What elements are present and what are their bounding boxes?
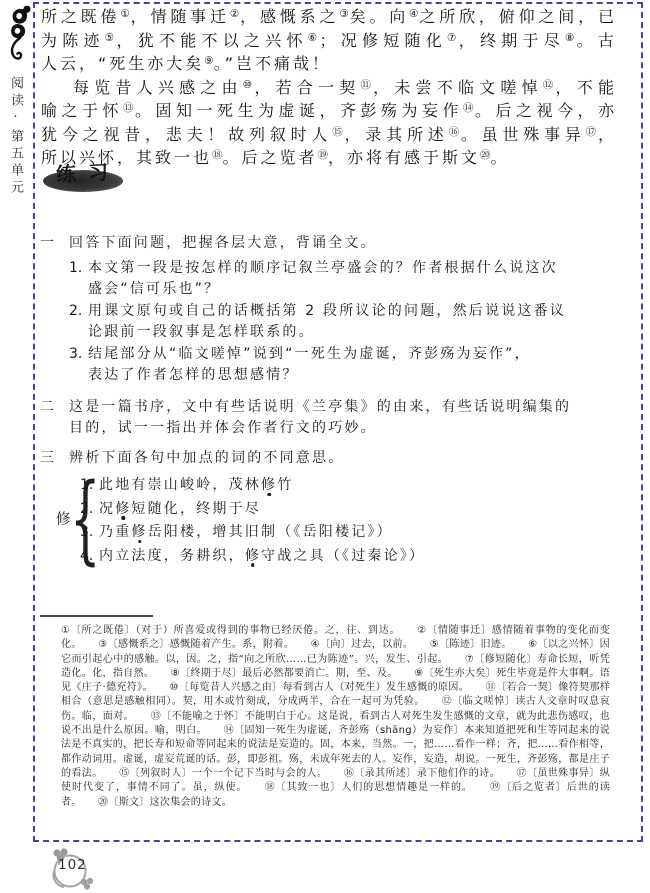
item-number: 4. — [80, 545, 99, 569]
section-marker: 三 — [40, 448, 69, 470]
footnote-entry: ⑮〔列叙时人〕一个一个记下当时与会的人。 — [119, 768, 327, 779]
footnote-entry: ⑳〔斯文〕这次集会的诗文。 — [98, 797, 232, 808]
section-marker: 一 — [40, 233, 69, 255]
emphasized-word: 修 — [115, 501, 131, 517]
section-marker: 二 — [40, 397, 69, 419]
text-line: 为陈迹⑤，犹不能不以之兴怀⑥；况修短随化⑦，终期于尽⑧。古 — [41, 28, 617, 52]
text-line: 每览昔人兴感之由⑩，若合一契⑪，未尝不临文嗟悼⑫，不能 — [41, 75, 617, 99]
item-text-post: 短随化，终期于尽 — [131, 501, 261, 517]
section-intro: 回答下面问题，把握各层大意，背诵全文。 — [69, 233, 377, 255]
exercise-section-two: 二 这是一篇书序，文中有些话说明《兰亭集》的由来，有些话说明编集的 — [40, 397, 628, 419]
footnote-entry: ③〔感慨系之〕感慨随着产生。系，附着。 — [98, 639, 294, 650]
footnote-entry: ⑧〔终期于尽〕最后必然都要消亡。期，至、及。 — [171, 668, 398, 679]
item-text-pre: 此地有崇山峻岭，茂林 — [99, 477, 261, 493]
question-item: 3. 结尾部分从“临文嗟悼”说到“一死生为虚诞，齐彭殇为妄作”， — [40, 344, 628, 366]
section-text: 这是一篇书序，文中有些话说明《兰亭集》的由来，有些话说明编集的 — [69, 397, 571, 419]
textbook-page: 阅读·第五单元 所之既倦①，情随事迁②，感慨系之③矣。向④之所欣，俯仰之间，已 … — [0, 0, 650, 893]
section-intro: 辨析下面各句中加点的词的不同意思。 — [69, 448, 344, 470]
footnote-entry: ⑩〔每览昔人兴感之由〕每看到古人（对死生）发生感慨的原因。 — [169, 682, 469, 693]
exercise-section-one: 一 回答下面问题，把握各层大意，背诵全文。 — [40, 233, 628, 255]
text-line: 喻之于怀⑬。固知一死生为虚诞，齐彭殇为妄作⑭。后之视今，亦 — [41, 98, 617, 122]
footnote-entry: ⑯〔录其所述〕录下他们作的诗。 — [344, 768, 500, 779]
question-item-continuation: 表达了作者怎样的思想感情？ — [40, 365, 628, 387]
item-number: 3. — [80, 521, 99, 545]
practice-header-label: 练习 — [55, 155, 120, 187]
exercise-questions: 一 回答下面问题，把握各层大意，背诵全文。 1. 本文第一段是按怎样的顺序记叙兰… — [40, 233, 628, 569]
item-number: 1. — [69, 258, 88, 280]
text-line: 所以兴怀，其致一也⑱。后之览者⑲，亦将有感于斯文⑳。 — [41, 145, 617, 169]
compare-item: 1. 此地有崇山峻岭，茂林修竹 — [80, 474, 425, 498]
footnote-entry: ⑤〔陈迹〕旧迹。 — [430, 639, 512, 650]
emphasized-word: 修 — [131, 524, 147, 540]
main-text: 所之既倦①，情随事迁②，感慨系之③矣。向④之所欣，俯仰之间，已 为陈迹⑤，犹不能… — [41, 4, 617, 169]
item-text: 本文第一段是按怎样的顺序记叙兰亭盛会的？作者根据什么说这次 — [88, 258, 558, 280]
item-number: 2. — [80, 498, 99, 522]
compare-item: 4. 内立法度，务耕织，修守战之具（《过秦论》） — [80, 545, 425, 569]
item-text: 此地有崇山峻岭，茂林修竹 — [99, 474, 293, 498]
section-text-continuation: 目的，试一一指出并体会作者行文的巧妙。 — [40, 418, 628, 440]
calligraphy-flourish-icon — [4, 4, 36, 66]
item-text: 况修短随化，终期于尽 — [99, 498, 261, 522]
compare-item: 2. 况修短随化，终期于尽 — [80, 498, 425, 522]
question-item-continuation: 论跟前一段叙事是怎样联系的。 — [40, 322, 628, 344]
item-text-pre: 乃重 — [99, 524, 131, 540]
item-text-post: 竹 — [277, 477, 293, 493]
footnotes: ①〔所之既倦〕（对于）所喜爱或得到的事物已经厌倦。之，往、到达。 ②〔情随事迁〕… — [61, 624, 610, 810]
page-number: 102 — [58, 857, 87, 873]
item-number: 2. — [69, 301, 88, 323]
item-text: 乃重修岳阳楼，增其旧制（《岳阳楼记》） — [99, 521, 393, 545]
item-text-post: 岳阳楼，增其旧制（《岳阳楼记》） — [148, 524, 393, 540]
sidebar-unit-label: 阅读·第五单元 — [6, 76, 25, 197]
item-text: 内立法度，务耕织，修守战之具（《过秦论》） — [99, 545, 425, 569]
exercise-section-three: 三 辨析下面各句中加点的词的不同意思。 — [40, 448, 628, 470]
compare-item: 3. 乃重修岳阳楼，增其旧制（《岳阳楼记》） — [80, 521, 425, 545]
emphasized-word: 修 — [245, 548, 261, 564]
text-line: 所之既倦①，情随事迁②，感慨系之③矣。向④之所欣，俯仰之间，已 — [41, 4, 617, 28]
item-text-post: 守战之具（《过秦论》） — [261, 548, 425, 564]
text-line: 犹今之视昔，悲夫！故列叙时人⑮，录其所述⑯。虽世殊事异⑰， — [41, 122, 617, 146]
question-item-continuation: 盛会“信可乐也”？ — [40, 279, 628, 301]
question-item: 1. 本文第一段是按怎样的顺序记叙兰亭盛会的？作者根据什么说这次 — [40, 258, 628, 280]
footnote-entry: ①〔所之既倦〕（对于）所喜爱或得到的事物已经厌倦。之，往、到达。 — [61, 625, 400, 636]
footnote-entry: ⑱〔其致一也〕人们的思想情趣是一样的。 — [265, 782, 473, 793]
item-number: 3. — [69, 344, 88, 366]
text-line: 人云，“死生亦大矣⑨。”岂不痛哉！ — [41, 51, 617, 75]
word-compare-group: 修 { 1. 此地有崇山峻岭，茂林修竹 2. 况修短随化，终期于尽 3. 乃重修… — [40, 473, 628, 569]
question-item: 2. 用课文原句或自己的话概括第 2 段所议论的问题，然后说说这番议 — [40, 301, 628, 323]
compare-items: 1. 此地有崇山峻岭，茂林修竹 2. 况修短随化，终期于尽 3. 乃重修岳阳楼，… — [80, 474, 425, 568]
item-text: 结尾部分从“临文嗟悼”说到“一死生为虚诞，齐彭殇为妄作”， — [88, 344, 531, 366]
item-text: 用课文原句或自己的话概括第 2 段所议论的问题，然后说说这番议 — [88, 301, 566, 323]
emphasized-word: 修 — [261, 477, 277, 493]
footnote-divider — [40, 615, 153, 617]
item-text-pre: 内立法度，务耕织， — [99, 548, 245, 564]
item-text-pre: 况 — [99, 501, 115, 517]
footnote-entry: ④〔向〕过去，以前。 — [311, 639, 414, 650]
item-number: 1. — [80, 474, 99, 498]
